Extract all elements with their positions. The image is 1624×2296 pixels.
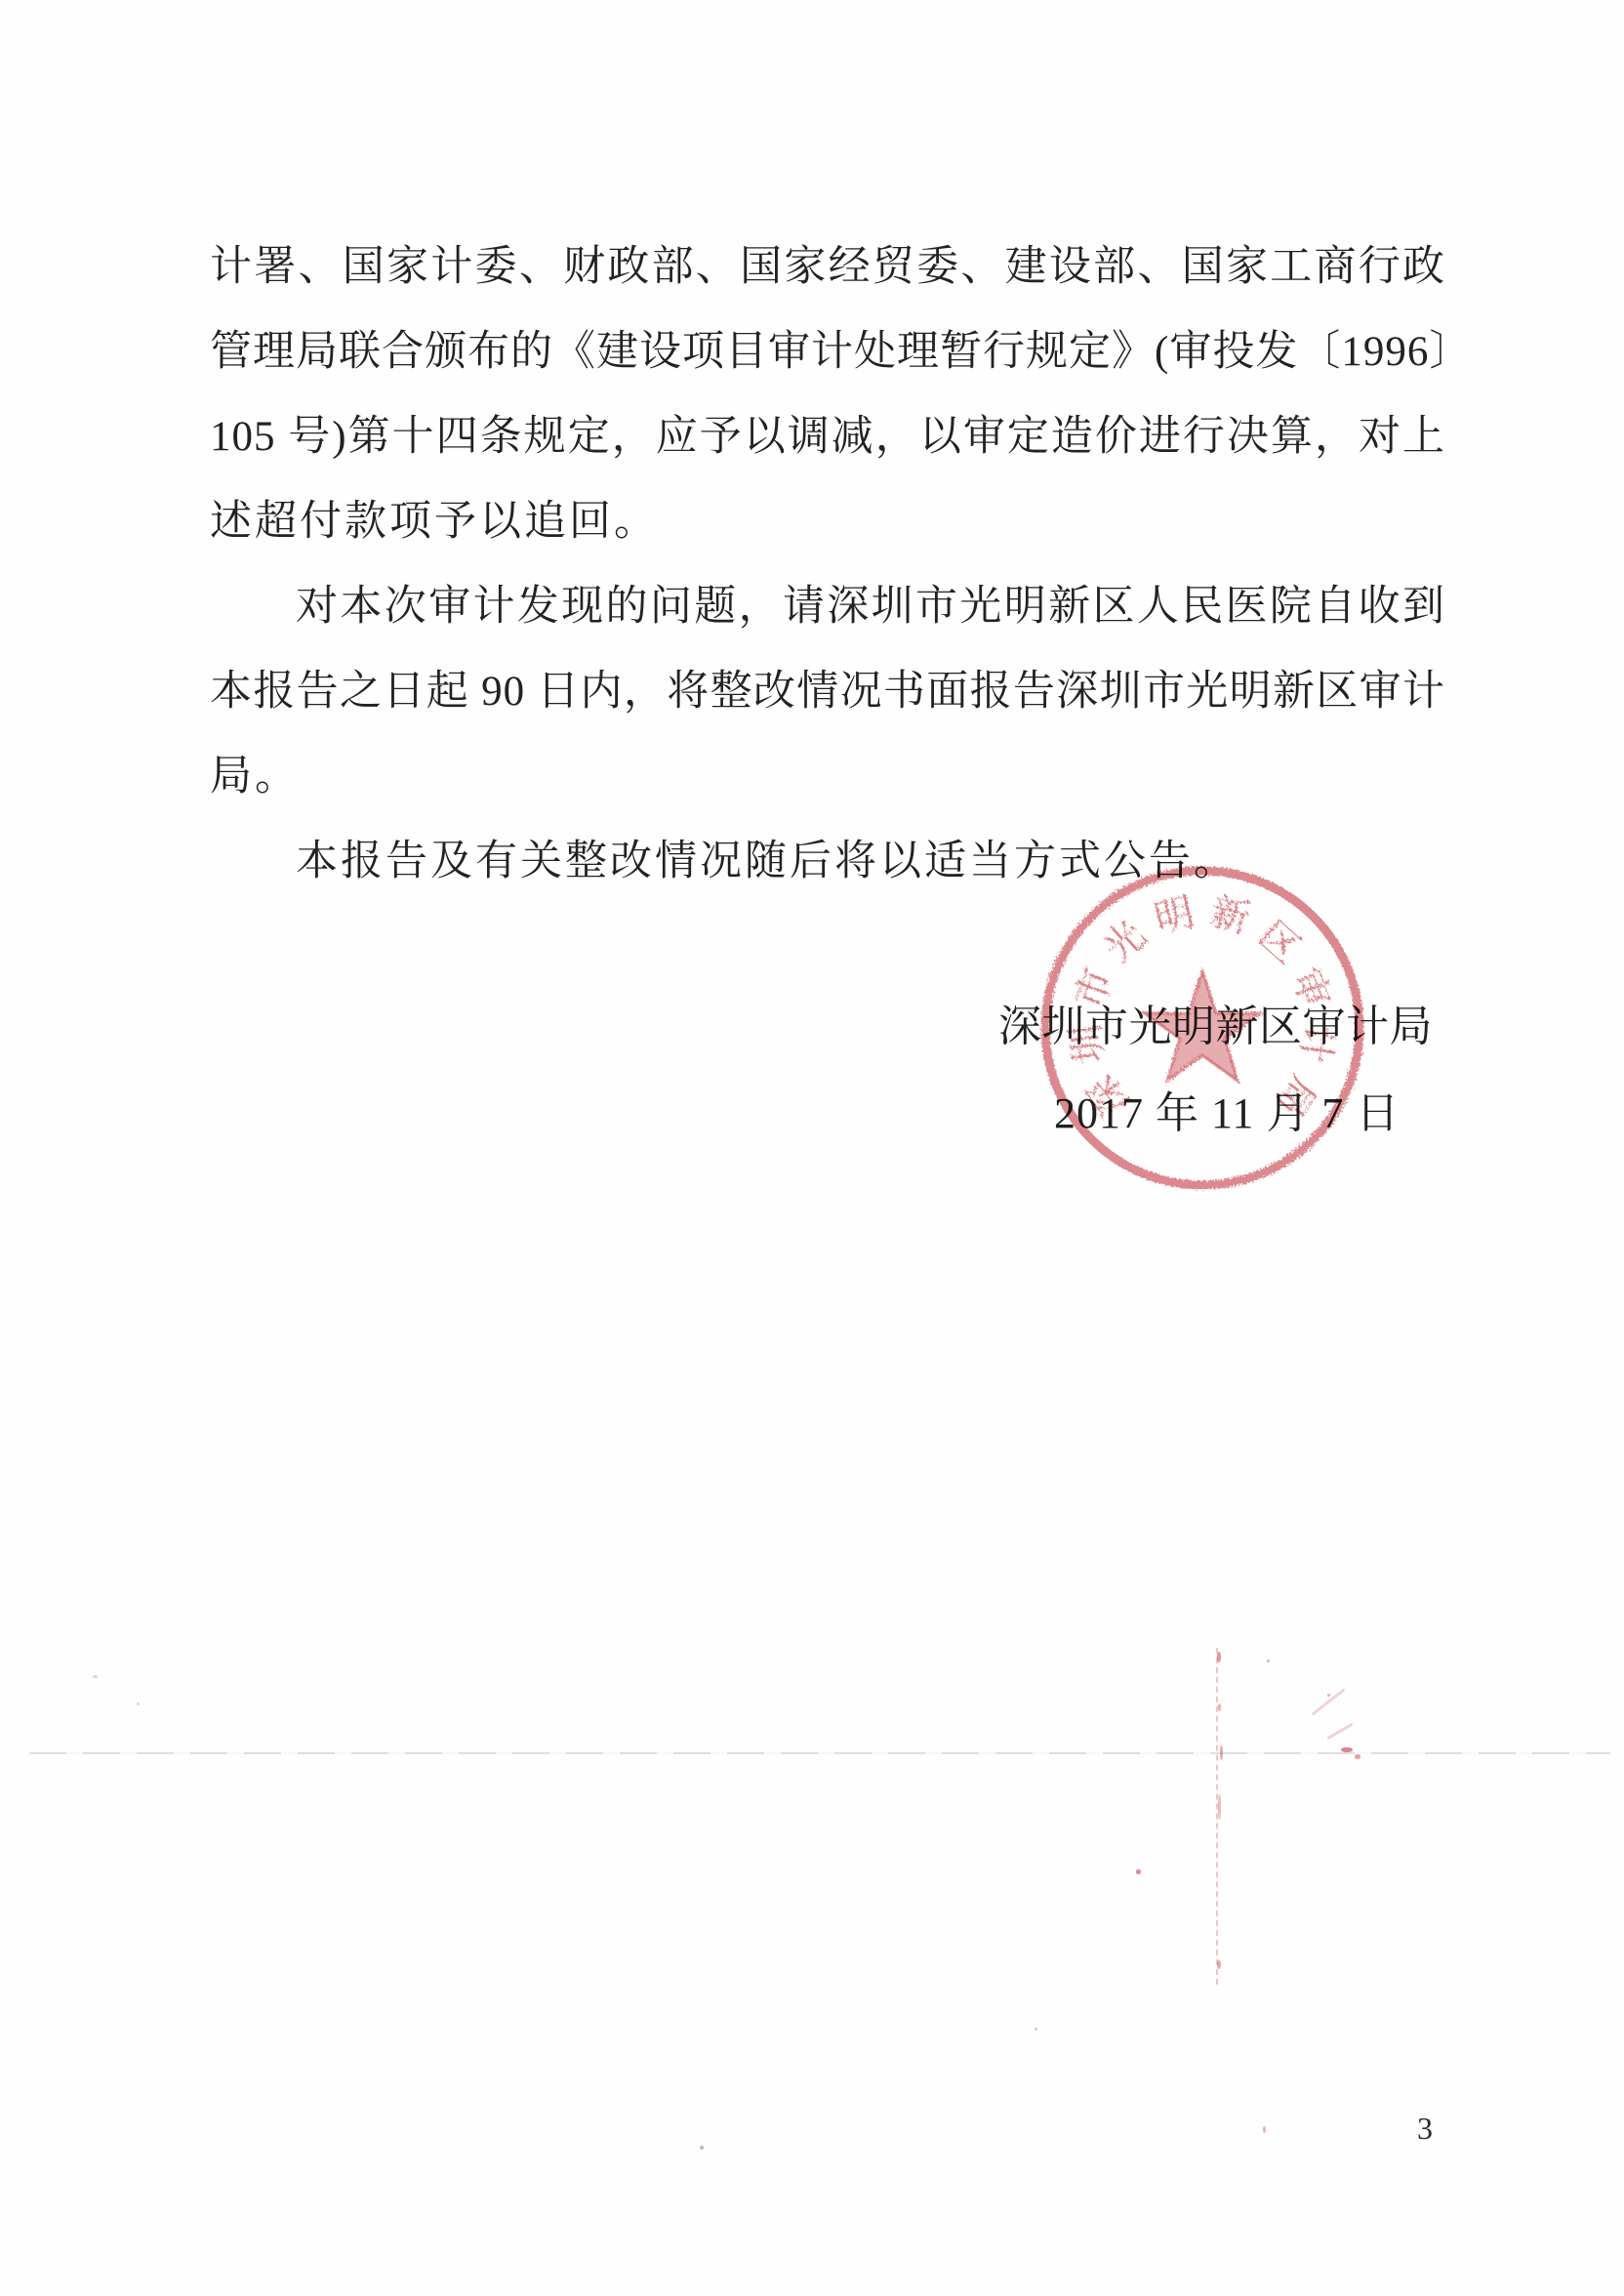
seal-char: 市: [1067, 963, 1121, 1014]
scan-artifact: [700, 2146, 704, 2150]
scan-artifact: [1326, 1723, 1353, 1741]
seal-char: 圳: [1064, 1022, 1113, 1067]
body-line: 计署、国家计委、财政部、国家经贸委、建设部、国家工商行政: [210, 225, 1445, 309]
body-line: 本报告之日起 90 日内，将整改情况书面报告深圳市光明新区审计: [210, 649, 1445, 734]
official-seal-stamp: 深 圳 市 光 明 新 区 审 计 局: [997, 823, 1407, 1233]
seal-char: 局: [1267, 1067, 1325, 1125]
body-line: 述超付款项予以追回。: [210, 479, 1445, 564]
scan-artifact: [1218, 1794, 1221, 1820]
seal-char: 深: [1079, 1067, 1138, 1125]
scan-artifact: [1217, 1652, 1221, 1662]
seal-char: 计: [1292, 1022, 1341, 1067]
scan-artifact: [1035, 2028, 1037, 2030]
body-line: 105 号)第十四条规定，应予以调减，以审定造价进行决算，对上: [210, 394, 1445, 479]
body-text: 计署、国家计委、财政部、国家经贸委、建设部、国家工商行政 管理局联合颁布的《建设…: [210, 225, 1445, 904]
scan-artifact: [1220, 1745, 1223, 1760]
scan-artifact: [1267, 1660, 1270, 1662]
scan-artifact: [93, 1675, 98, 1678]
scan-artifact: [1136, 1869, 1141, 1874]
scan-artifact: [1217, 1960, 1221, 1969]
seal-char: 审: [1283, 963, 1338, 1014]
scan-artifact: [1312, 1688, 1346, 1715]
scan-artifact: [1218, 1703, 1221, 1711]
scan-fold-line: [29, 1752, 1610, 1754]
body-line: 对本次审计发现的问题，请深圳市光明新区人民医院自收到: [210, 564, 1445, 649]
scan-artifact: [1355, 1754, 1360, 1759]
page-number: 3: [1417, 2111, 1433, 2147]
scan-artifact: [1263, 2126, 1266, 2133]
body-line: 局。: [210, 734, 1445, 819]
scan-artifact: [137, 1702, 140, 1705]
seal-char: 新: [1206, 889, 1255, 941]
seal-char: 光: [1096, 913, 1155, 971]
scan-artifact: [1341, 1747, 1353, 1752]
seal-char: 明: [1150, 889, 1198, 941]
star-icon: [1145, 971, 1260, 1081]
scan-artifact: [1327, 1694, 1330, 1697]
scanned-audit-report-page: 计署、国家计委、财政部、国家经贸委、建设部、国家工商行政 管理局联合颁布的《建设…: [0, 0, 1624, 2296]
body-line: 管理局联合颁布的《建设项目审计处理暂行规定》(审投发〔1996〕: [210, 309, 1445, 394]
seal-char: 区: [1250, 913, 1309, 971]
